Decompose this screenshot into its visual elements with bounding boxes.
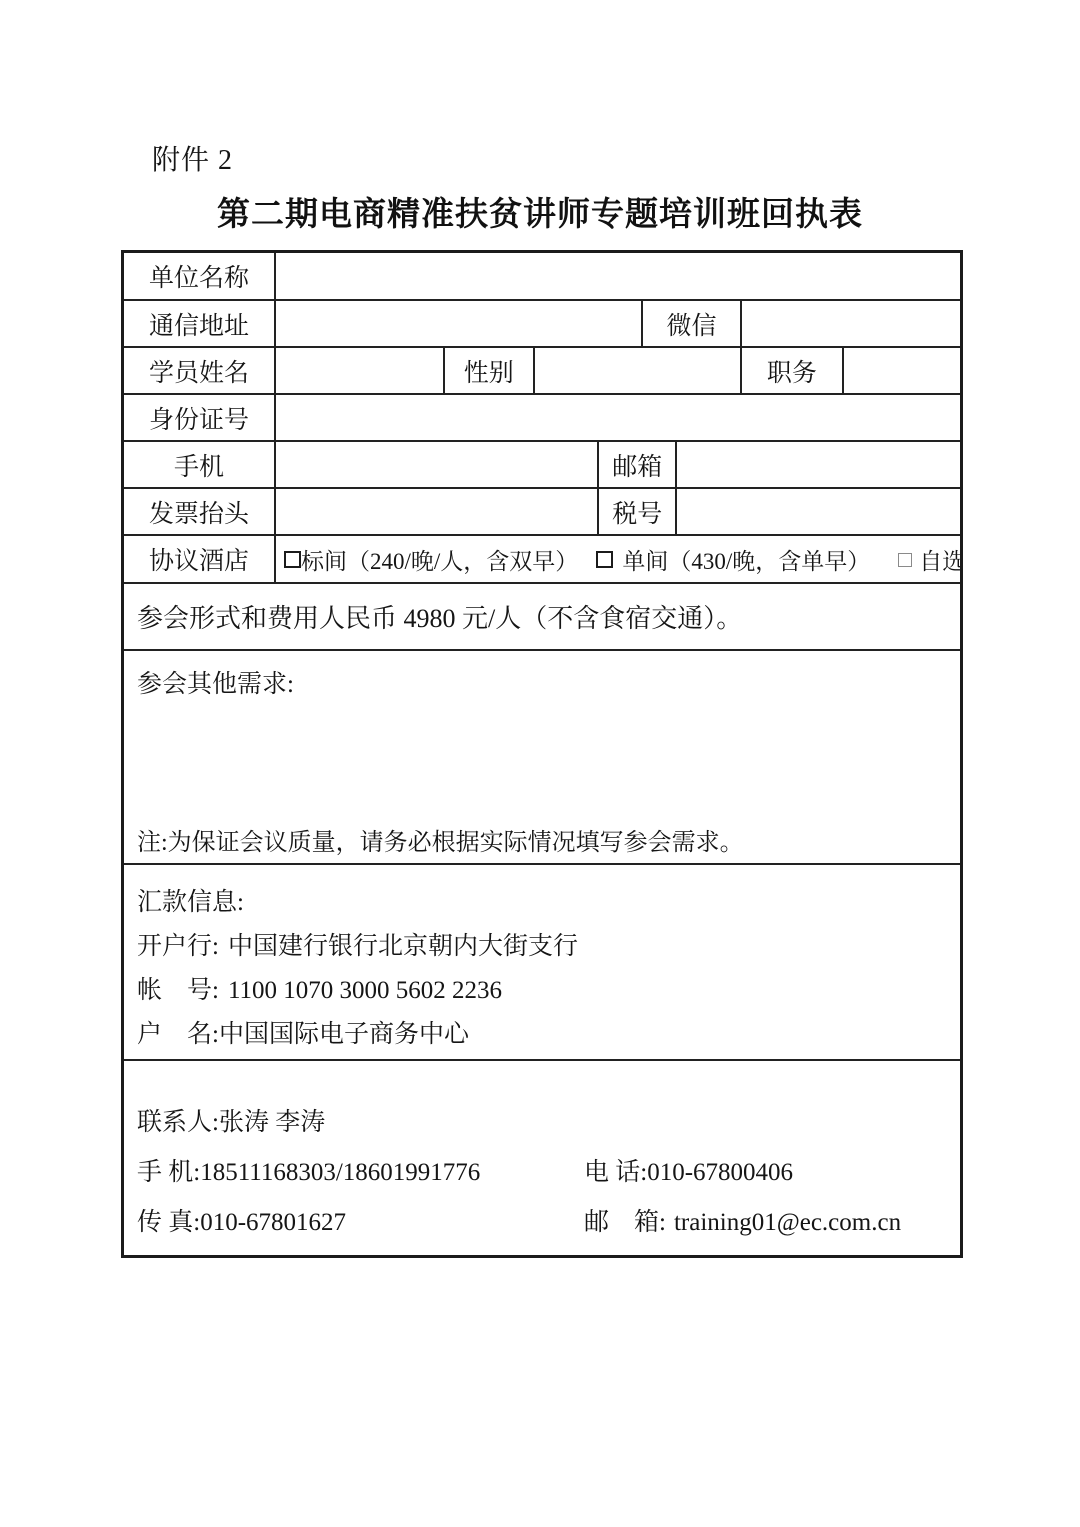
hotel-label: 协议酒店 [123, 535, 276, 583]
table-row: 参会其他需求: 注:为保证会议质量，请务必根据实际情况填写参会需求。 [123, 650, 962, 864]
remittance-cell: 汇款信息: 开户行:中国建行银行北京朝内大街支行 帐 号:1100 1070 3… [123, 864, 962, 1060]
contact-fax-value: 010-67801627 [200, 1209, 346, 1236]
email-label: 邮箱 [598, 441, 676, 488]
holder-label: 户 名: [137, 1021, 219, 1048]
account-value: 1100 1070 3000 5602 2236 [228, 977, 502, 1004]
contact-email-label: 邮 箱: [584, 1209, 666, 1236]
reply-form-table: 单位名称 通信地址 微信 学员姓名 性别 职务 身份证号 手机 邮箱 发票抬头 … [121, 250, 963, 1258]
checkbox-standard-room-icon[interactable] [284, 551, 301, 568]
contact-mobile-line: 手 机:18511168303/18601991776 [137, 1152, 584, 1188]
wechat-label: 微信 [642, 300, 740, 347]
contact-fax-label: 传 真: [137, 1209, 200, 1236]
bank-label: 开户行: [137, 933, 219, 960]
table-row: 手机 邮箱 [123, 441, 962, 488]
position-label: 职务 [741, 347, 843, 394]
wechat-input-cell[interactable] [741, 300, 962, 347]
account-label: 帐 号: [137, 977, 219, 1004]
id-number-label: 身份证号 [123, 394, 276, 441]
table-row: 协议酒店 标间（240/晚/人，含双早） 单间（430/晚，含单早） 自选 [123, 535, 962, 583]
mobile-label: 手机 [123, 441, 276, 488]
id-number-input-cell[interactable] [275, 394, 961, 441]
email-input-cell[interactable] [676, 441, 961, 488]
contact-person-line: 联系人:张涛 李涛 [137, 1102, 950, 1138]
hotel-option-standard[interactable]: 标间（240/晚/人，含双早） [284, 543, 578, 576]
unit-name-input-cell[interactable] [275, 252, 961, 301]
student-name-input-cell[interactable] [275, 347, 444, 394]
bank-value: 中国建行银行北京朝内大街支行 [228, 933, 578, 960]
hotel-option-single[interactable]: 单间（430/晚，含单早） [596, 543, 870, 576]
contact-phone-value: 010-67800406 [647, 1159, 793, 1186]
page-title: 第二期电商精准扶贫讲师专题培训班回执表 [0, 188, 1080, 235]
tax-number-input-cell[interactable] [676, 488, 961, 535]
hotel-option-custom[interactable]: 自选 [898, 543, 961, 576]
student-name-label: 学员姓名 [123, 347, 276, 394]
position-input-cell[interactable] [843, 347, 962, 394]
fee-cell: 参会形式和费用人民币 4980 元/人（不含食宿交通）。 [123, 583, 962, 650]
remittance-heading: 汇款信息: [137, 881, 950, 925]
table-row: 学员姓名 性别 职务 [123, 347, 962, 394]
checkbox-custom-icon[interactable] [898, 553, 912, 567]
contact-person-label: 联系人: [137, 1109, 219, 1136]
tax-number-label: 税号 [598, 488, 676, 535]
table-row: 汇款信息: 开户行:中国建行银行北京朝内大街支行 帐 号:1100 1070 3… [123, 864, 962, 1060]
address-input-cell[interactable] [275, 300, 642, 347]
fee-text: 参会形式和费用人民币 4980 元/人（不含食宿交通）。 [124, 598, 960, 635]
other-needs-label: 参会其他需求: [137, 664, 948, 700]
holder-value: 中国国际电子商务中心 [219, 1021, 469, 1048]
hotel-options-cell: 标间（240/晚/人，含双早） 单间（430/晚，含单早） 自选 [275, 535, 961, 583]
mobile-input-cell[interactable] [275, 441, 598, 488]
contact-phone-label: 电 话: [584, 1159, 647, 1186]
contact-email-value: training01@ec.com.cn [674, 1209, 901, 1236]
contact-mobile-value: 18511168303/18601991776 [200, 1159, 480, 1186]
contact-person-value: 张涛 李涛 [219, 1109, 325, 1136]
table-row: 单位名称 [123, 252, 962, 301]
invoice-title-label: 发票抬头 [123, 488, 276, 535]
contact-phone-line: 电 话:010-67800406 [584, 1152, 950, 1188]
checkbox-single-room-icon[interactable] [596, 551, 613, 568]
contact-email-line: 邮 箱:training01@ec.com.cn [584, 1202, 950, 1238]
contact-cell: 联系人:张涛 李涛 手 机:18511168303/18601991776 电 … [123, 1060, 962, 1257]
attachment-label: 附件 2 [152, 138, 233, 178]
other-needs-input-area[interactable] [137, 700, 948, 822]
other-needs-cell: 参会其他需求: 注:为保证会议质量，请务必根据实际情况填写参会需求。 [123, 650, 962, 864]
table-row: 参会形式和费用人民币 4980 元/人（不含食宿交通）。 [123, 583, 962, 650]
invoice-title-input-cell[interactable] [275, 488, 598, 535]
address-label: 通信地址 [123, 300, 276, 347]
contact-fax-line: 传 真:010-67801627 [137, 1202, 584, 1238]
hotel-option-standard-label: 标间（240/晚/人，含双早） [301, 543, 578, 576]
other-needs-note: 注:为保证会议质量，请务必根据实际情况填写参会需求。 [137, 822, 948, 857]
gender-input-cell[interactable] [534, 347, 741, 394]
table-row: 身份证号 [123, 394, 962, 441]
unit-name-label: 单位名称 [123, 252, 276, 301]
hotel-option-custom-label: 自选 [919, 543, 961, 576]
table-row: 通信地址 微信 [123, 300, 962, 347]
contact-mobile-label: 手 机: [137, 1159, 200, 1186]
table-row: 发票抬头 税号 [123, 488, 962, 535]
remittance-holder-line: 户 名:中国国际电子商务中心 [137, 1013, 950, 1057]
remittance-bank-line: 开户行:中国建行银行北京朝内大街支行 [137, 925, 950, 969]
remittance-account-line: 帐 号:1100 1070 3000 5602 2236 [137, 969, 950, 1013]
gender-label: 性别 [444, 347, 534, 394]
table-row: 联系人:张涛 李涛 手 机:18511168303/18601991776 电 … [123, 1060, 962, 1257]
hotel-option-single-label: 单间（430/晚，含单早） [622, 543, 870, 576]
